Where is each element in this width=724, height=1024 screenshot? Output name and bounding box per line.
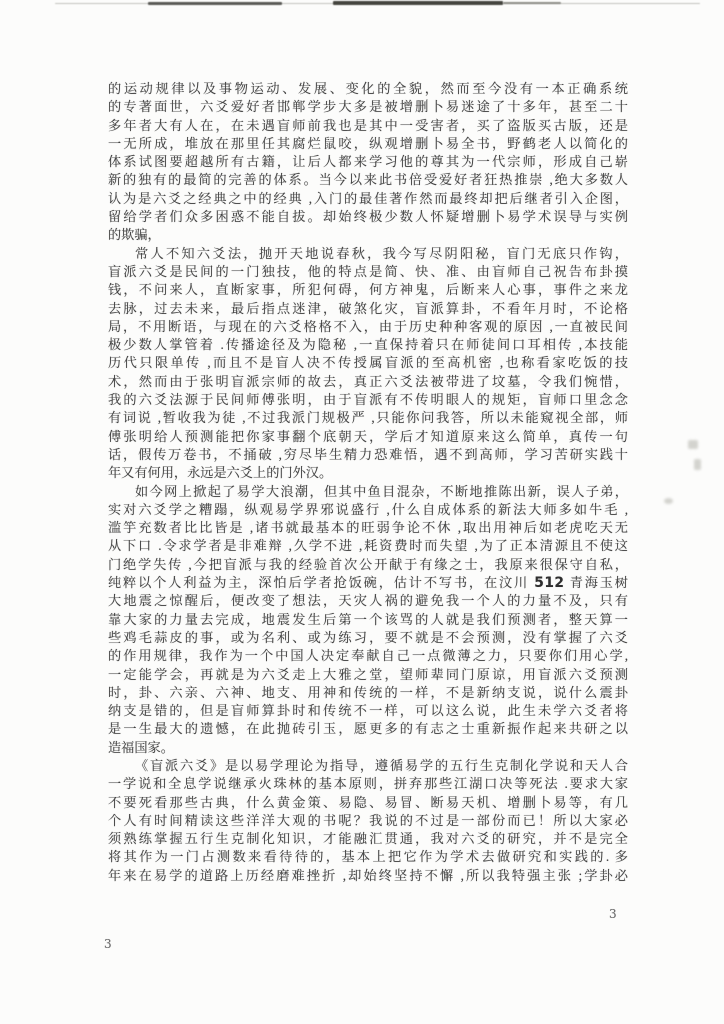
page-number-right: 3 [609, 908, 617, 920]
text-line: 《盲派六爻》是以易学理论为指导，遵循易学的五行生克制化学说和天人合 [108, 757, 628, 775]
text-line: 年来在易学的道路上历经磨难挫折 ,却始终坚持不懈 ,所以我特强主张 ;学卦必 [108, 867, 628, 885]
scanned-page: 的运动规律以及事物运动、发展、变化的全貌，然而至今没有一本正确系统的专著面世，六… [0, 0, 724, 1024]
text-line: 年又有何用，永远是六爻上的门外汉。 [108, 464, 628, 482]
scan-artifact-dark-segment [333, 1, 503, 5]
text-line: 如今网上掀起了易学大浪潮，但其中鱼目混杂，不断地推陈出新，误人子弟， [108, 483, 628, 501]
paragraph: 常人不知六爻法，抛开天地说春秋，我今写尽阴阳秘，盲门无底只作钩，盲派六爻是民间的… [108, 245, 628, 483]
text-line: 一定能学会，再就是为六爻走上大雅之堂，望师辈同门原谅，用盲派六爻预测 [108, 666, 628, 684]
text-line: 须熟练掌握五行生克制化知识，才能融汇贯通，我对六爻的研究，并不是完全 [108, 830, 628, 848]
page-number-left: 3 [104, 938, 112, 950]
text-line: 从下口 .令求学者是非难辩 ,久学不进 ,耗资费时而失望 ,为了正本清源且不使这 [108, 537, 628, 555]
margin-smudge [694, 459, 701, 470]
text-line: 实对六爻学之糟蹋，纵观易学界邪说盛行 ,什么自成体系的新法大师多如牛毛 , [108, 501, 628, 519]
text-line: 些鸡毛蒜皮的事，或为名利、或为练习，要不就是不会预测，没有掌握了六爻 [108, 629, 628, 647]
text-line: 多年者大有人在，在未遇盲师前我也是其中一受害者，买了盗版买古版，还是 [108, 117, 628, 135]
text-line: 的专著面世，六爻爱好者邯郸学步大多是被增删卜易迷途了十多年，甚至二十 [108, 98, 628, 116]
text-line: 的作用规律，我作为一个中国人决定奉献自己一点微薄之力，只要你们用心学, [108, 647, 628, 665]
text-line: 话，假传万卷书，不捅破 ,穷尽毕生精力恐难悟，遇不到高师，学习苦研实践十 [108, 446, 628, 464]
text-line: 大地震之惊醒后，便改变了想法，天灾人祸的避免我一个人的力量不及，只有 [108, 592, 628, 610]
document-text: 的运动规律以及事物运动、发展、变化的全貌，然而至今没有一本正确系统的专著面世，六… [108, 80, 628, 885]
paragraph: 《盲派六爻》是以易学理论为指导，遵循易学的五行生克制化学说和天人合一学说和全息学… [108, 757, 628, 885]
text-line: 历代只限单传 ,而且不是盲人决不传授属盲派的至高机密 ,也称看家吃饭的技 [108, 354, 628, 372]
text-line: 的运动规律以及事物运动、发展、变化的全貌，然而至今没有一本正确系统 [108, 80, 628, 98]
scan-artifact-dark-segment [503, 2, 561, 4]
text-line: 钱，不问来人，直断家事，所犯何碍，何方神鬼，后断来人心事，事件之来龙 [108, 281, 628, 299]
text-line: 认为是六爻之经典之中的经典 ,入门的最佳著作然而最终却把后继者引入企图， [108, 190, 628, 208]
highlighted-number: 512 [534, 575, 564, 591]
text-line: 新的独有的最简的完善的体系。当今以来此书倍受爱好者狂热推崇 ,绝大多数人 [108, 171, 628, 189]
text-line: 常人不知六爻法，抛开天地说春秋，我今写尽阴阳秘，盲门无底只作钩， [108, 245, 628, 263]
text-line: 门绝学失传 ,今把盲派与我的经验首次公开献于有缘之士，我原来很保守自私， [108, 556, 628, 574]
text-line: 纳支是错的，但是盲师算卦时和传统不一样，可以这么说，此生未学六爻者将 [108, 702, 628, 720]
text-line: 造福国家。 [108, 739, 628, 757]
text-line: 局，不用断语，与现在的六爻格格不入，由于历史种种客观的原因 ,一直被民间 [108, 318, 628, 336]
text-line: 不要死看那些古典，什么黄金策、易隐、易冒、断易天机、增删卜易等，有几 [108, 794, 628, 812]
text-line: 将其作为一门占测数来看待待的，基本上把它作为学术去做研究和实践的. 多 [108, 848, 628, 866]
text-line: 术，然而由于张明盲派宗师的故去，真正六爻法被带进了坟墓，令我们惋惜， [108, 373, 628, 391]
text-line: 有词说 ,暂收我为徒 ,不过我派门规极严 ,只能你问我答，所以未能窥视全部，师 [108, 409, 628, 427]
text-line: 体系试图要超越所有古籍，让后人都来学习他的尊其为一代宗师，形成自己崭 [108, 153, 628, 171]
text-segment: 纯粹以个人利益为主，深怕后学者抢饭碗，估计不写书，在汶川 [108, 575, 534, 590]
text-segment: 青海玉树 [565, 575, 628, 590]
text-line: 纯粹以个人利益为主，深怕后学者抢饭碗，估计不写书，在汶川 512 青海玉树 [108, 574, 628, 592]
scan-artifact-dark-segment [148, 2, 282, 5]
text-line: 我的六爻法源于民间师傅张明，由于盲派有不传明眼人的规矩，盲师口里念念 [108, 391, 628, 409]
paragraph: 如今网上掀起了易学大浪潮，但其中鱼目混杂，不断地推陈出新，误人子弟，实对六爻学之… [108, 483, 628, 757]
text-line: 时，卦、六亲、六神、地支、用神和传统的一样，不是新纳支说，说什么震卦 [108, 684, 628, 702]
text-line: 盲派六爻是民间的一门独技，他的特点是简、快、准、由盲师自己祝告布卦摸 [108, 263, 628, 281]
text-line: 个人有时间精读这些洋洋大观的书呢？我说的不过是一部份而已！所以大家必 [108, 812, 628, 830]
text-line: 是一生最大的遗憾，在此抛砖引玉，愿更多的有志之士重新振作起来共研之以 [108, 720, 628, 738]
text-line: 滥竽充数者比比皆是 ,诸书就最基本的旺弱争论不休 ,取出用神后如老虎吃天无 [108, 519, 628, 537]
text-line: 傅张明给人预测能把你家事翻个底朝天，学后才知道原来这么简单，真传一句 [108, 428, 628, 446]
text-line: 靠大家的力量去完成，地震发生后第一个该骂的人就是我们预测者，整天算一 [108, 611, 628, 629]
text-line: 一无所成，堆放在那里任其腐烂鼠咬，纵观增删卜易全书，野鹤老人以简化的 [108, 135, 628, 153]
margin-smudge [664, 498, 673, 504]
text-line: 极少数人掌管着 .传播途径及为隐秘 ,一直保持着只在师徒间口耳相传 ,本技能 [108, 336, 628, 354]
text-line: 的欺骗， [108, 226, 628, 244]
margin-smudge [688, 440, 698, 449]
text-line: 留给学者们众多困惑不能自拔。却始终极少数人怀疑增删卜易学术误导与实例 [108, 208, 628, 226]
text-line: 一学说和全息学说继承火珠林的基本原则，拼弃那些江湖口决等死法 .要求大家 [108, 775, 628, 793]
text-line: 去脉，过去未来，最后指点迷津，破煞化灾，盲派算卦，不看年月时，不论格 [108, 300, 628, 318]
paragraph: 的运动规律以及事物运动、发展、变化的全貌，然而至今没有一本正确系统的专著面世，六… [108, 80, 628, 245]
